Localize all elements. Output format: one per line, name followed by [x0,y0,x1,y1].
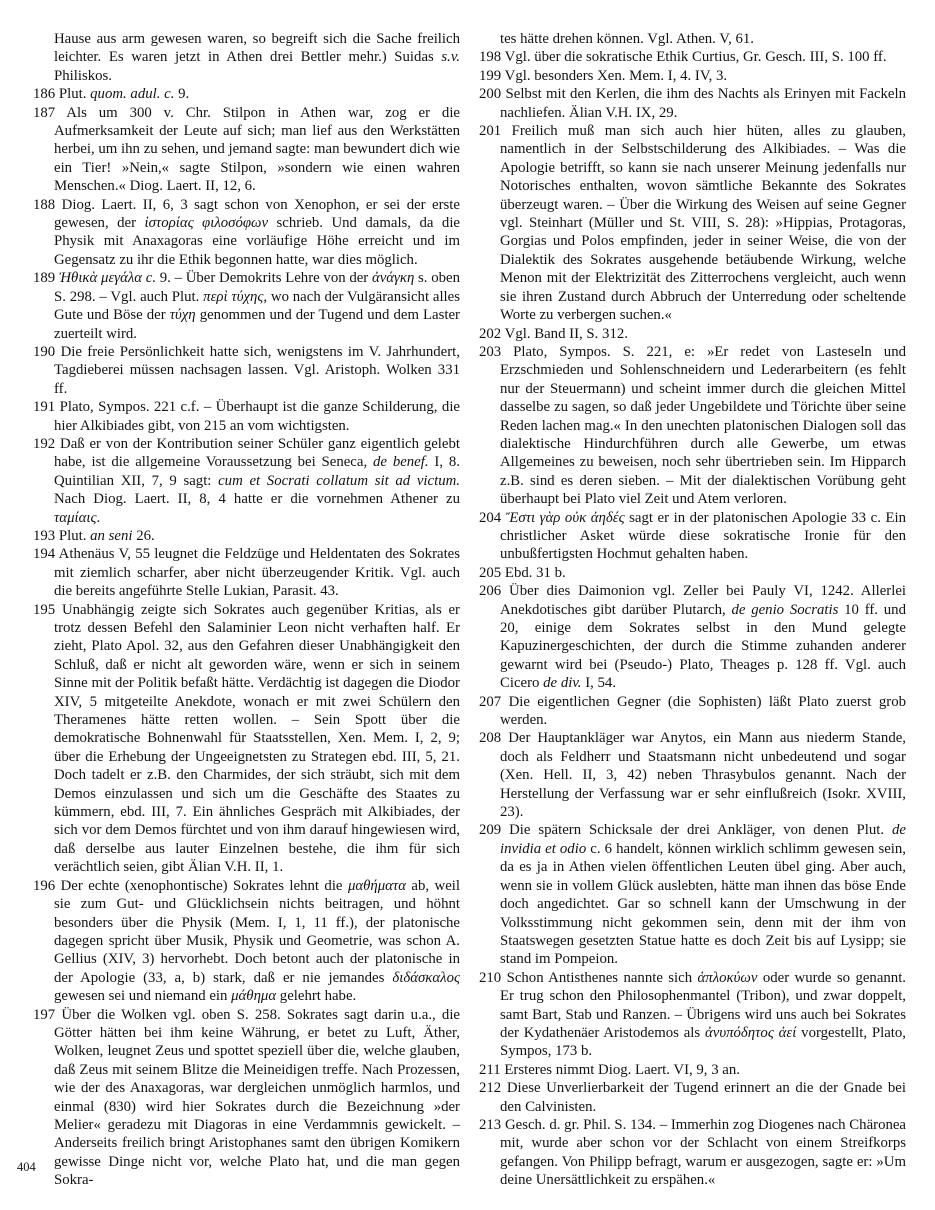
citation-italic: de div. [543,675,581,691]
footnote-text: Plato, Sympos. S. 221, e: »Er redet von … [500,344,906,507]
footnote-number: 186 [33,86,59,102]
footnote-number: 190 [33,344,61,360]
footnote-text: Plut. [59,528,90,544]
footnote-number: 193 [33,528,59,544]
footnote-number: 198 [479,49,505,65]
footnote-number: 187 [33,105,66,121]
footnote-text: gelehrt habe. [276,988,356,1004]
footnote-text: Der echte (xenophontische) Sokrates lehn… [61,878,348,894]
footnote-211: 211 Ersteres nimmt Diog. Laert. VI, 9, 3… [479,1061,906,1079]
footnotes-columns: Hause aus arm gewesen waren, so begreift… [33,30,906,1190]
footnote-188: 188 Diog. Laert. II, 6, 3 sagt schon von… [33,196,460,270]
footnote-text: Ebd. 31 b. [505,565,566,581]
footnote-189: 189 Ἠθικὰ μεγάλα c. 9. – Über Demokrits … [33,269,460,343]
footnote-187: 187 Als um 300 v. Chr. Stilpon in Athen … [33,104,460,196]
footnote-text: Als um 300 v. Chr. Stilpon in Athen war,… [54,105,460,195]
footnote-text: Selbst mit den Kerlen, die ihm des Nacht… [500,86,906,120]
greek-phrase: περὶ τύχης [203,289,263,305]
footnote-199: 199 Vgl. besonders Xen. Mem. I, 4. IV, 3… [479,67,906,85]
footnote-text: Vgl. über die sokratische Ethik Curtius,… [505,49,887,65]
footnotes-column-right: tes hätte drehen können. Vgl. Athen. V, … [479,30,906,1190]
book-page: Hause aus arm gewesen waren, so begreift… [0,0,935,1210]
footnote-text: Athenäus V, 55 leugnet die Feldzüge und … [54,546,460,599]
footnote-number: 200 [479,86,506,102]
footnote-209: 209 Die spätern Schicksale der drei Ankl… [479,821,906,968]
footnote-text: 26. [133,528,155,544]
footnote-198: 198 Vgl. über die sokratische Ethik Curt… [479,48,906,66]
footnote-number: 194 [33,546,59,562]
footnote-number: 202 [479,326,505,342]
footnote-text: 9. [174,86,189,102]
footnote-text: Ersteres nimmt Diog. Laert. VI, 9, 3 an. [504,1062,740,1078]
footnote-text: Die eigentlichen Gegner (die Sophisten) … [500,694,906,728]
footnote-205: 205 Ebd. 31 b. [479,564,906,582]
footnote-text: gewesen sei und niemand ein [54,988,231,1004]
footnote-number: 188 [33,197,62,213]
citation-italic: de genio Socratis [731,602,838,618]
footnote-text: Plato, Sympos. 221 c.f. – Überhaupt ist … [54,399,460,433]
footnote-text: Diese Unverlierbarkeit der Tugend erinne… [500,1080,906,1114]
footnote-text: Freilich muß man sich auch hier hüten, a… [500,123,906,323]
footnote-number: 191 [33,399,60,415]
footnote-186: 186 Plut. quom. adul. c. 9. [33,85,460,103]
footnote-text: Gesch. d. gr. Phil. S. 134. – Immerhin z… [500,1117,906,1188]
greek-phrase: Ἠθικὰ μεγάλα [59,270,142,286]
footnote-text: Unabhängig zeigte sich Sokrates auch geg… [54,602,460,876]
footnote-number: 203 [479,344,513,360]
footnote-text: Schon Antisthenes nannte sich [507,970,698,986]
footnote-208: 208 Der Hauptankläger war Anytos, ein Ma… [479,729,906,821]
footnote-194: 194 Athenäus V, 55 leugnet die Feldzüge … [33,545,460,600]
citation-italic: an seni [90,528,132,544]
footnote-number: 195 [33,602,62,618]
citation-italic: quom. adul. c. [90,86,174,102]
footnote-200: 200 Selbst mit den Kerlen, die ihm des N… [479,85,906,122]
footnote-text: . [96,510,100,526]
footnote-number: 209 [479,822,509,838]
citation-italic: de benef. [373,454,429,470]
footnote-number: 212 [479,1080,507,1096]
footnote-continuation: tes hätte drehen können. Vgl. Athen. V, … [479,30,906,48]
footnote-number: 207 [479,694,509,710]
greek-phrase: μαθήματα [348,878,406,894]
footnote-206: 206 Über dies Daimonion vgl. Zeller bei … [479,582,906,692]
footnote-number: 204 [479,510,506,526]
footnote-201: 201 Freilich muß man sich auch hier hüte… [479,122,906,324]
footnote-text: Hause aus arm gewesen waren, so begreift… [54,31,460,65]
footnote-195: 195 Unabhängig zeigte sich Sokrates auch… [33,601,460,877]
footnote-text: Der Hauptankläger war Anytos, ein Mann a… [500,730,906,820]
footnote-text: Die freie Persönlichkeit hatte sich, wen… [54,344,460,397]
footnote-190: 190 Die freie Persönlichkeit hatte sich,… [33,343,460,398]
citation-italic: s.v. [441,49,460,65]
footnote-text: Philiskos. [54,68,112,84]
footnote-text: c. 6 handelt, können wirklich schlimm ge… [500,841,906,967]
footnote-text: Nach Diog. Laert. II, 8, 4 hatte er die … [54,491,460,507]
greek-phrase: Ἔστι γὰρ οὐκ ἀηδές [506,510,625,526]
footnote-number: 189 [33,270,59,286]
footnote-number: 201 [479,123,512,139]
page-number: 404 [17,1160,36,1174]
footnote-210: 210 Schon Antisthenes nannte sich ἁπλοκύ… [479,969,906,1061]
footnote-text: 9. – Über Demokrits Lehre von der [156,270,372,286]
greek-phrase: ἀνυπόδητος ἀεί [705,1025,796,1041]
footnote-202: 202 Vgl. Band II, S. 312. [479,325,906,343]
greek-phrase: ἁπλοκύων [698,970,758,986]
footnote-text: Über die Wolken vgl. oben S. 258. Sokrat… [54,1007,460,1189]
footnote-text: Vgl. Band II, S. 312. [505,326,628,342]
greek-phrase: ταμίαις [54,510,96,526]
footnote-text: Plut. [59,86,90,102]
citation-italic: cum et Socrati collatum sit ad victum. [218,473,460,489]
greek-phrase: ἱστορίας φιλοσόφων [145,215,269,231]
footnote-196: 196 Der echte (xenophontische) Sokrates … [33,877,460,1006]
footnote-204: 204 Ἔστι γὰρ οὐκ ἀηδές sagt er in der pl… [479,509,906,564]
footnote-number: 196 [33,878,61,894]
footnote-number: 197 [33,1007,61,1023]
footnote-number: 210 [479,970,507,986]
footnote-number: 213 [479,1117,505,1133]
footnote-number: 206 [479,583,509,599]
footnote-207: 207 Die eigentlichen Gegner (die Sophist… [479,693,906,730]
footnote-text: Die spätern Schicksale der drei Ankläger… [509,822,892,838]
footnote-text: Vgl. besonders Xen. Mem. I, 4. IV, 3. [505,68,727,84]
footnote-212: 212 Diese Unverlierbarkeit der Tugend er… [479,1079,906,1116]
footnote-number: 192 [33,436,60,452]
greek-phrase: διδάσκαλος [392,970,460,986]
footnote-203: 203 Plato, Sympos. S. 221, e: »Er redet … [479,343,906,509]
citation-italic: c. [142,270,156,286]
footnote-191: 191 Plato, Sympos. 221 c.f. – Überhaupt … [33,398,460,435]
footnote-continuation: Hause aus arm gewesen waren, so begreift… [33,30,460,85]
footnote-192: 192 Daß er von der Kontribution seiner S… [33,435,460,527]
footnote-number: 199 [479,68,505,84]
footnote-213: 213 Gesch. d. gr. Phil. S. 134. – Immerh… [479,1116,906,1190]
footnote-197: 197 Über die Wolken vgl. oben S. 258. So… [33,1006,460,1190]
greek-phrase: ἀνάγκη [372,270,414,286]
footnote-number: 208 [479,730,508,746]
footnote-number: 205 [479,565,505,581]
greek-phrase: τύχη [170,307,196,323]
footnote-193: 193 Plut. an seni 26. [33,527,460,545]
footnote-text: I, 54. [582,675,617,691]
footnote-text: tes hätte drehen können. Vgl. Athen. V, … [500,31,754,47]
footnote-number: 211 [479,1062,504,1078]
footnotes-column-left: Hause aus arm gewesen waren, so begreift… [33,30,460,1190]
greek-phrase: μάθημα [231,988,276,1004]
